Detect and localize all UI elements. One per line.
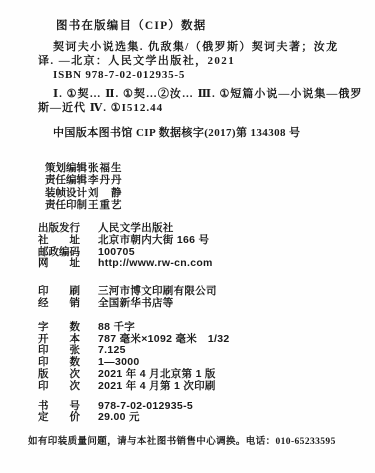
- spec-info: 字 数 88 千字 开 本 787 毫米×1092 毫米 1/32 印 张 7.…: [38, 322, 229, 393]
- staff-row: 策划编辑 张福生: [45, 162, 123, 174]
- staff-row: 责任印制 王重艺: [45, 199, 123, 211]
- staff-name: 张福生: [88, 162, 123, 174]
- staff-name: 李丹丹: [88, 174, 123, 186]
- info-value: 29.00 元: [98, 412, 140, 424]
- info-value: 88 千字: [98, 322, 135, 334]
- info-row: 网 址 http://www.rw-cn.com: [38, 258, 229, 270]
- info-row: 印 次 2021 年 4 月第 1 次印刷: [38, 381, 229, 393]
- info-label: 印 次: [38, 381, 82, 393]
- cip-registry-number: 中国版本图书馆 CIP 数据核字(2017)第 134308 号: [53, 124, 300, 140]
- info-row: 字 数 88 千字: [38, 322, 229, 334]
- staff-role: 策划编辑: [45, 162, 88, 174]
- info-label: 社 址: [38, 235, 82, 247]
- bib-publisher-line: 译. —北京：人民文学出版社，2021: [38, 54, 339, 68]
- bib-title-line: 契诃夫小说选集. 仇敌集/（俄罗斯）契诃夫著；汝龙: [38, 40, 339, 54]
- info-value: 全国新华书店等: [98, 298, 174, 310]
- info-value: 2021 年 4 月北京第 1 版: [98, 369, 216, 381]
- staff-credits: 策划编辑 张福生 责任编辑 李丹丹 装帧设计 刘 静 责任印制 王重艺: [45, 162, 123, 212]
- staff-name: 王重艺: [88, 199, 123, 211]
- publisher-info: 出版发行 人民文学出版社 社 址 北京市朝内大街 166 号 邮政编码 1007…: [38, 223, 229, 270]
- cip-copyright-page: 图书在版编目（CIP）数据 契诃夫小说选集. 仇敌集/（俄罗斯）契诃夫著；汝龙 …: [0, 0, 375, 473]
- info-label: 定 价: [38, 412, 82, 424]
- info-value: http://www.rw-cn.com: [98, 258, 213, 270]
- classification-line-1: Ⅰ. ①契… Ⅱ. ①契…②汝… Ⅲ. ①短篇小说—小说集—俄罗: [38, 88, 362, 102]
- isbn-line: ISBN 978-7-02-012935-5: [38, 68, 339, 82]
- staff-row: 责任编辑 李丹丹: [45, 174, 123, 186]
- classification-line-2: 斯—近代 Ⅳ. ①I512.44: [38, 102, 362, 116]
- staff-name: 刘 静: [88, 187, 123, 199]
- info-row: 经 销 全国新华书店等: [38, 298, 229, 310]
- info-row: 版 次 2021 年 4 月北京第 1 版: [38, 369, 229, 381]
- info-label: 网 址: [38, 258, 82, 270]
- price-info: 书 号 978-7-02-012935-5 定 价 29.00 元: [38, 401, 229, 425]
- staff-role: 责任编辑: [45, 174, 88, 186]
- info-row: 定 价 29.00 元: [38, 412, 229, 424]
- publication-info: 出版发行 人民文学出版社 社 址 北京市朝内大街 166 号 邮政编码 1007…: [38, 223, 229, 424]
- info-row: 社 址 北京市朝内大街 166 号: [38, 235, 229, 247]
- info-label: 字 数: [38, 322, 82, 334]
- info-value: 北京市朝内大街 166 号: [98, 235, 209, 247]
- bibliographic-entry: 契诃夫小说选集. 仇敌集/（俄罗斯）契诃夫著；汝龙 译. —北京：人民文学出版社…: [38, 40, 339, 82]
- staff-role: 责任印制: [45, 199, 88, 211]
- printing-info: 印 刷 三河市博文印刷有限公司 经 销 全国新华书店等: [38, 286, 229, 310]
- info-label: 经 销: [38, 298, 82, 310]
- info-value: 2021 年 4 月第 1 次印刷: [98, 381, 216, 393]
- staff-role: 装帧设计: [45, 187, 88, 199]
- quality-note: 如有印装质量问题，请与本社图书销售中心调换。电话：010-65233595: [28, 433, 336, 447]
- classification-entry: Ⅰ. ①契… Ⅱ. ①契…②汝… Ⅲ. ①短篇小说—小说集—俄罗 斯—近代 Ⅳ.…: [38, 88, 362, 115]
- staff-row: 装帧设计 刘 静: [45, 187, 123, 199]
- info-label: 版 次: [38, 369, 82, 381]
- cip-header: 图书在版编目（CIP）数据: [56, 17, 206, 33]
